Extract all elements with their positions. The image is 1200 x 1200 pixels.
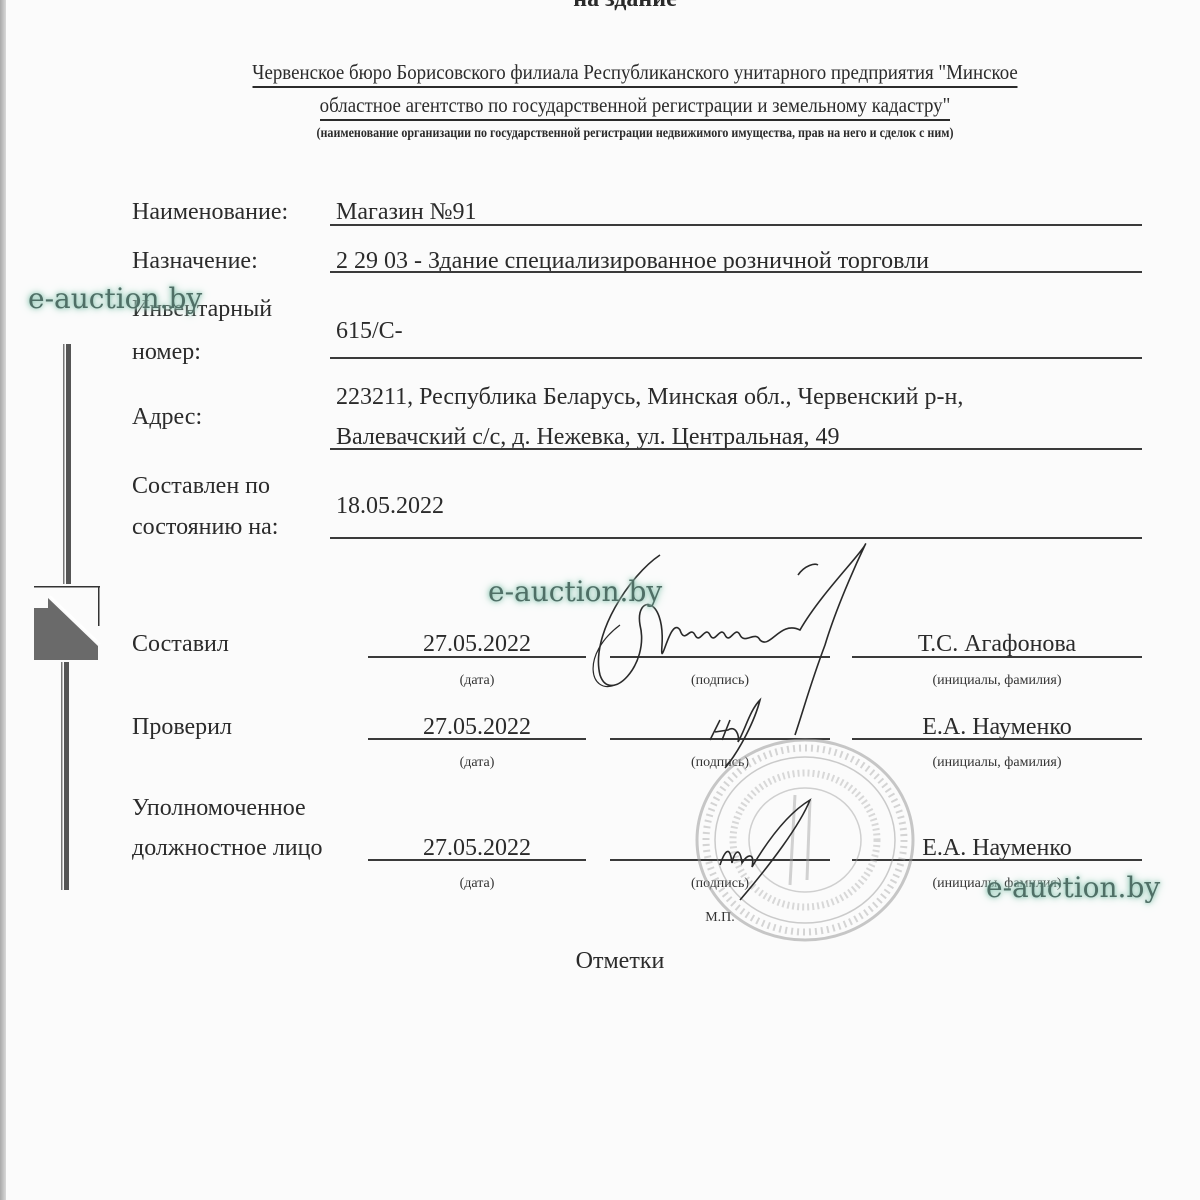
document-title: на здание <box>0 0 1200 13</box>
field-value-purpose: 2 29 03 - Здание специализированное розн… <box>336 242 929 280</box>
handwritten-signature-icon <box>710 795 820 905</box>
organization-line-2: областное агентство по государственной р… <box>64 93 1200 118</box>
watermark-2: e-auction.by <box>488 575 662 608</box>
signature-naumenko-2 <box>710 795 820 905</box>
watermark-3: e-auction.by <box>986 871 1160 904</box>
signature-naumenko-1 <box>700 690 780 770</box>
sign-role-authorized-1: Уполномоченное <box>132 789 306 827</box>
field-label-address: Адрес: <box>132 398 202 436</box>
sign-date-rule-1 <box>368 656 586 658</box>
field-rule-name <box>330 224 1142 226</box>
field-value-address-1: 223211, Республика Беларусь, Минская обл… <box>336 378 963 416</box>
binding-mark <box>30 340 105 900</box>
field-rule-purpose <box>330 271 1142 273</box>
field-rule-address <box>330 448 1142 450</box>
field-label-state-1: Составлен по <box>132 467 270 505</box>
sign-role-authorized-2: должностное лицо <box>132 829 323 867</box>
notes-heading: Отметки <box>0 942 1200 980</box>
sign-date-rule-3 <box>368 859 586 861</box>
field-rule-inventory <box>330 357 1142 359</box>
field-value-address-2: Валевачский с/с, д. Нежевка, ул. Централ… <box>336 418 840 456</box>
organization-line-1: Червенское бюро Борисовского филиала Рес… <box>64 60 1200 85</box>
caption-date-2: (дата) <box>368 755 586 771</box>
sign-date-checked: 27.05.2022 <box>368 708 586 746</box>
field-label-inventory-2: номер: <box>132 333 201 371</box>
field-value-state-date: 18.05.2022 <box>336 487 444 525</box>
sign-role-checked: Проверил <box>132 708 232 746</box>
sign-date-authorized: 27.05.2022 <box>368 829 586 867</box>
handwritten-signature-icon <box>700 690 780 770</box>
caption-date-1: (дата) <box>368 673 586 689</box>
field-label-state-2: состоянию на: <box>132 508 278 546</box>
caption-date-3: (дата) <box>368 876 586 892</box>
sign-date-rule-2 <box>368 738 586 740</box>
field-value-inventory: 615/С- <box>336 312 403 350</box>
organization-caption: (наименование организации по государстве… <box>89 126 1181 142</box>
sign-role-compiled: Составил <box>132 625 229 663</box>
watermark-1: e-auction.by <box>28 282 202 315</box>
field-label-name: Наименование: <box>132 193 288 231</box>
binding-mark-icon <box>30 340 105 900</box>
field-label-purpose: Назначение: <box>132 242 258 280</box>
page-edge <box>0 0 6 1200</box>
